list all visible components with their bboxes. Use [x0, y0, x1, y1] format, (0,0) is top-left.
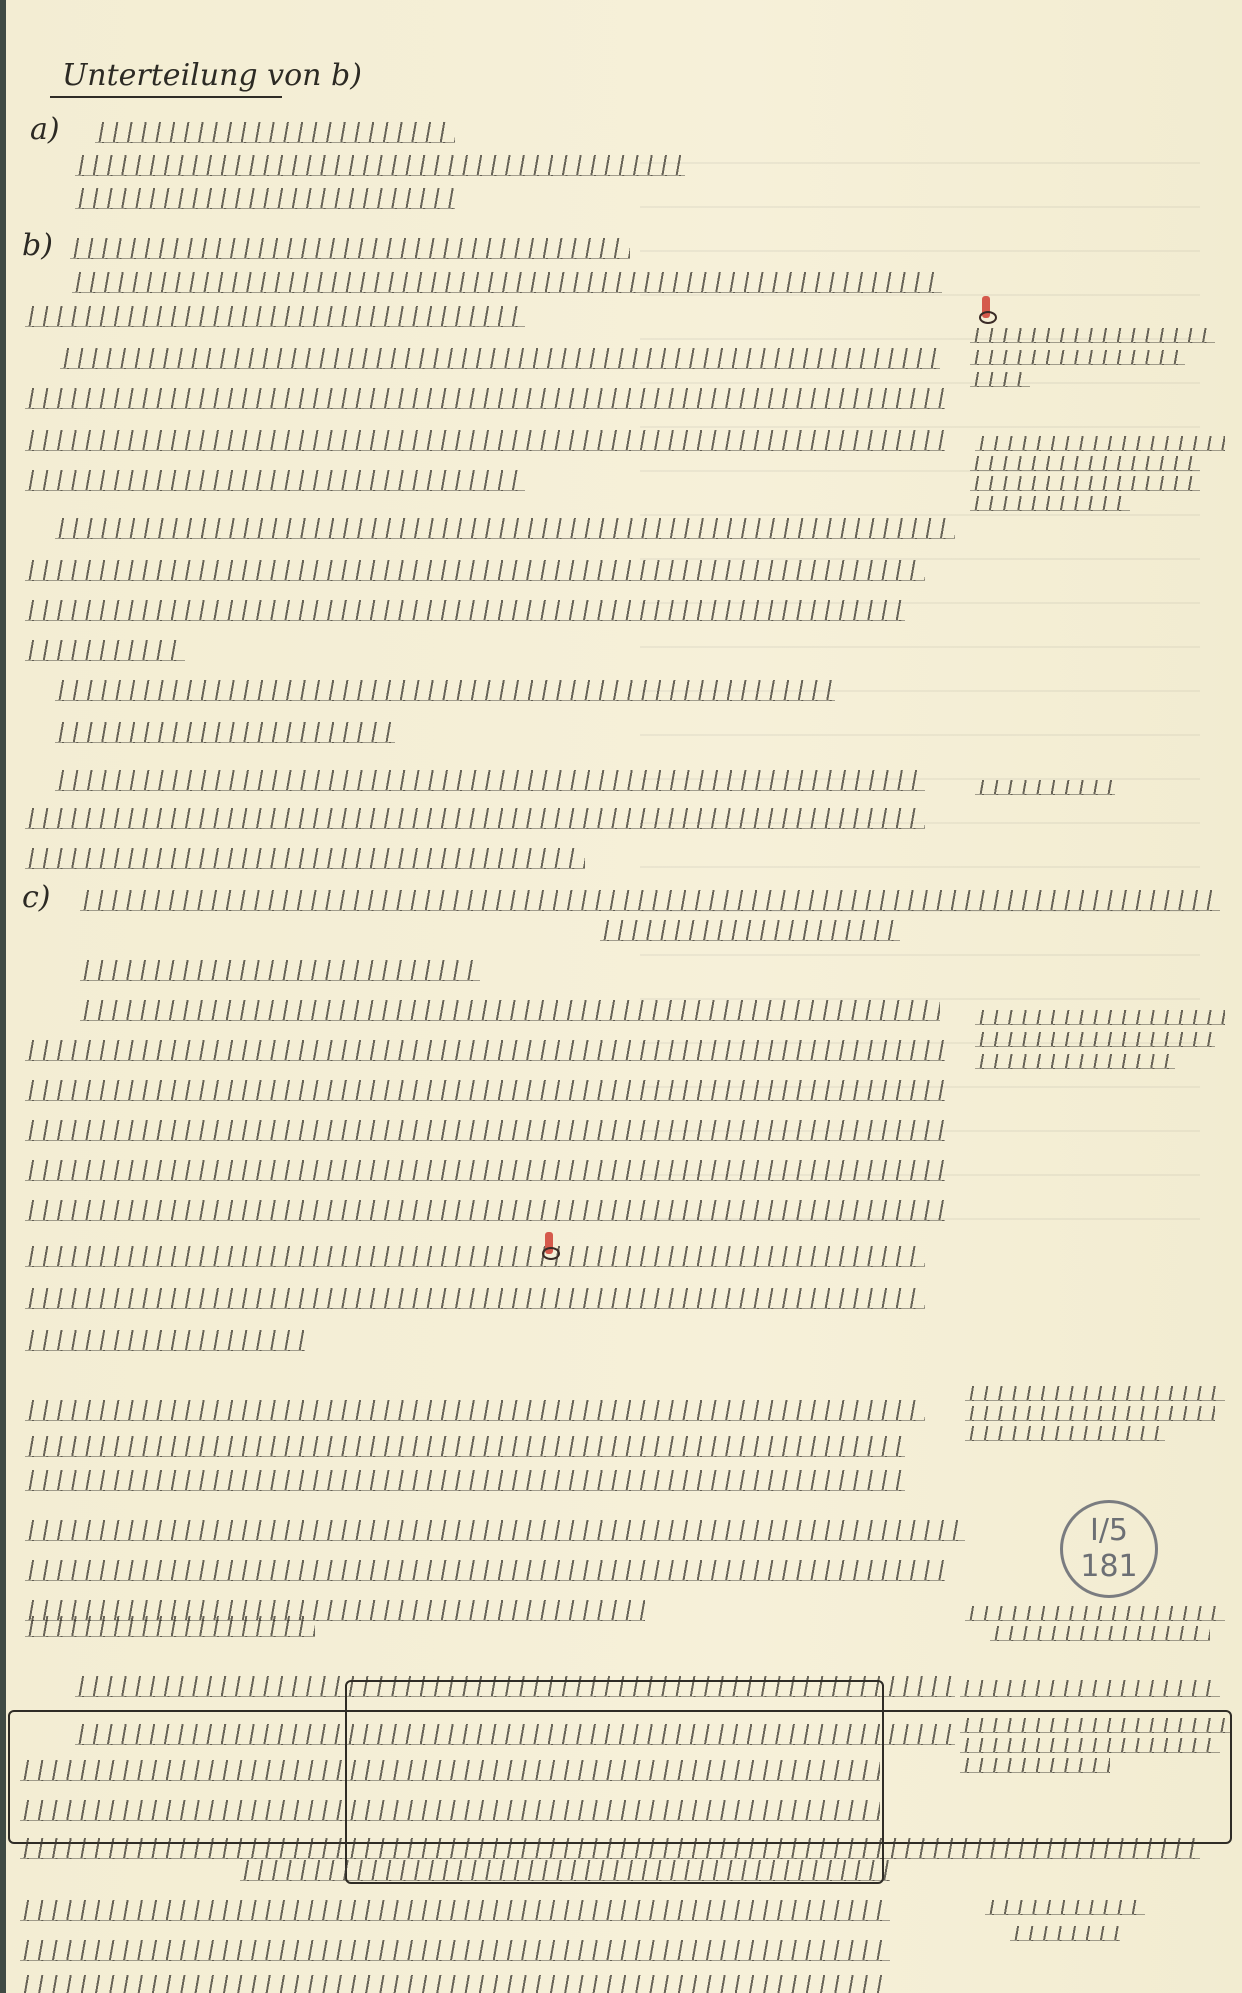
handwriting-line [75, 155, 685, 176]
margin-note [975, 1032, 1215, 1047]
margin-note [965, 1606, 1225, 1621]
margin-note [985, 1900, 1145, 1915]
handwriting-line [75, 188, 455, 209]
red-pin-mark [545, 1232, 553, 1254]
handwriting-line [25, 600, 905, 621]
handwriting-line [25, 1160, 945, 1181]
margin-note [965, 1426, 1165, 1441]
handwriting-line [20, 1975, 890, 1993]
margin-note [965, 1386, 1225, 1401]
margin-note-text: [handwritten marginal note, illegible] [0, 0, 1, 1]
red-pin-mark [982, 296, 990, 318]
margin-note-text: [handwritten marginal note beginning 'E:… [0, 0, 1, 1]
margin-note [975, 1054, 1175, 1069]
handwriting-line [25, 1616, 315, 1637]
handwriting-line [25, 1200, 945, 1221]
handwriting-line [55, 722, 395, 743]
margin-note [960, 1738, 1220, 1753]
handwriting-line [20, 1940, 890, 1961]
margin-note [990, 1626, 1210, 1641]
handwriting-line [25, 470, 525, 491]
handwriting-line [25, 640, 185, 661]
margin-note [970, 456, 1200, 471]
section-a-text: [handwritten text, illegible] [0, 0, 1, 1]
handwriting-line [72, 272, 942, 293]
handwriting-line [240, 1860, 890, 1881]
section-marker-b: b) [22, 228, 53, 263]
handwriting-line [25, 1520, 965, 1541]
stamp-volume: I/5 [1063, 1513, 1155, 1549]
handwriting-line [25, 1330, 305, 1351]
handwriting-line [55, 680, 835, 701]
margin-note [960, 1758, 1110, 1773]
margin-note [970, 328, 1215, 343]
margin-note [970, 350, 1185, 365]
handwriting-line [95, 122, 455, 143]
handwriting-line [25, 1288, 925, 1309]
handwriting-line [25, 388, 945, 409]
handwriting-line [600, 920, 900, 941]
handwriting-line [25, 848, 585, 869]
margin-note [975, 1010, 1225, 1025]
section-b-text: [handwritten text, illegible] [0, 0, 1, 1]
handwriting-line [80, 1000, 940, 1021]
margin-note [960, 1718, 1230, 1733]
margin-note [970, 476, 1200, 491]
margin-note-text: [bracketed marginal note, illegible] [0, 0, 1, 1]
margin-note [970, 496, 1130, 511]
section-c-text: [handwritten text, illegible] [0, 0, 1, 1]
handwriting-line [20, 1800, 880, 1821]
handwriting-line [25, 430, 945, 451]
heading-underline [50, 96, 282, 98]
handwriting-line [25, 1400, 925, 1421]
section-marker-a: a) [30, 112, 60, 147]
handwriting-line [25, 1470, 905, 1491]
handwriting-line [20, 1760, 880, 1781]
handwriting-line [55, 518, 955, 539]
margin-note [960, 1680, 1220, 1697]
handwriting-line [20, 1900, 890, 1921]
handwriting-line [25, 808, 925, 829]
section-marker-c: c) [22, 880, 51, 915]
margin-note [975, 436, 1225, 451]
stamp-folio-number: 181 [1063, 1549, 1155, 1585]
handwriting-line [25, 560, 925, 581]
archive-folio-stamp: I/5 181 [1060, 1500, 1158, 1598]
manuscript-page: Unterteilung von b) [handwritten text, i… [0, 0, 1242, 1993]
margin-note [1010, 1926, 1120, 1941]
handwriting-line [25, 1080, 945, 1101]
handwriting-line [60, 348, 940, 369]
handwriting-line [80, 890, 1220, 911]
margin-note [975, 780, 1115, 795]
handwriting-line [80, 960, 480, 981]
handwriting-line [20, 1838, 1200, 1859]
handwriting-line [25, 1560, 945, 1581]
handwriting-line [25, 1120, 945, 1141]
handwriting-line [25, 1040, 945, 1061]
handwriting-line [25, 1246, 925, 1267]
handwriting-line [25, 1436, 905, 1457]
page-heading: Unterteilung von b) [62, 58, 362, 93]
margin-note [965, 1406, 1215, 1421]
margin-note-text: [handwritten marginal note, illegible] [0, 0, 1, 1]
handwriting-line [70, 238, 630, 259]
handwriting-line [25, 306, 525, 327]
margin-note-text: [bracketed marginal note, illegible] [0, 0, 1, 1]
handwriting-line [55, 770, 925, 791]
margin-note [970, 372, 1030, 387]
